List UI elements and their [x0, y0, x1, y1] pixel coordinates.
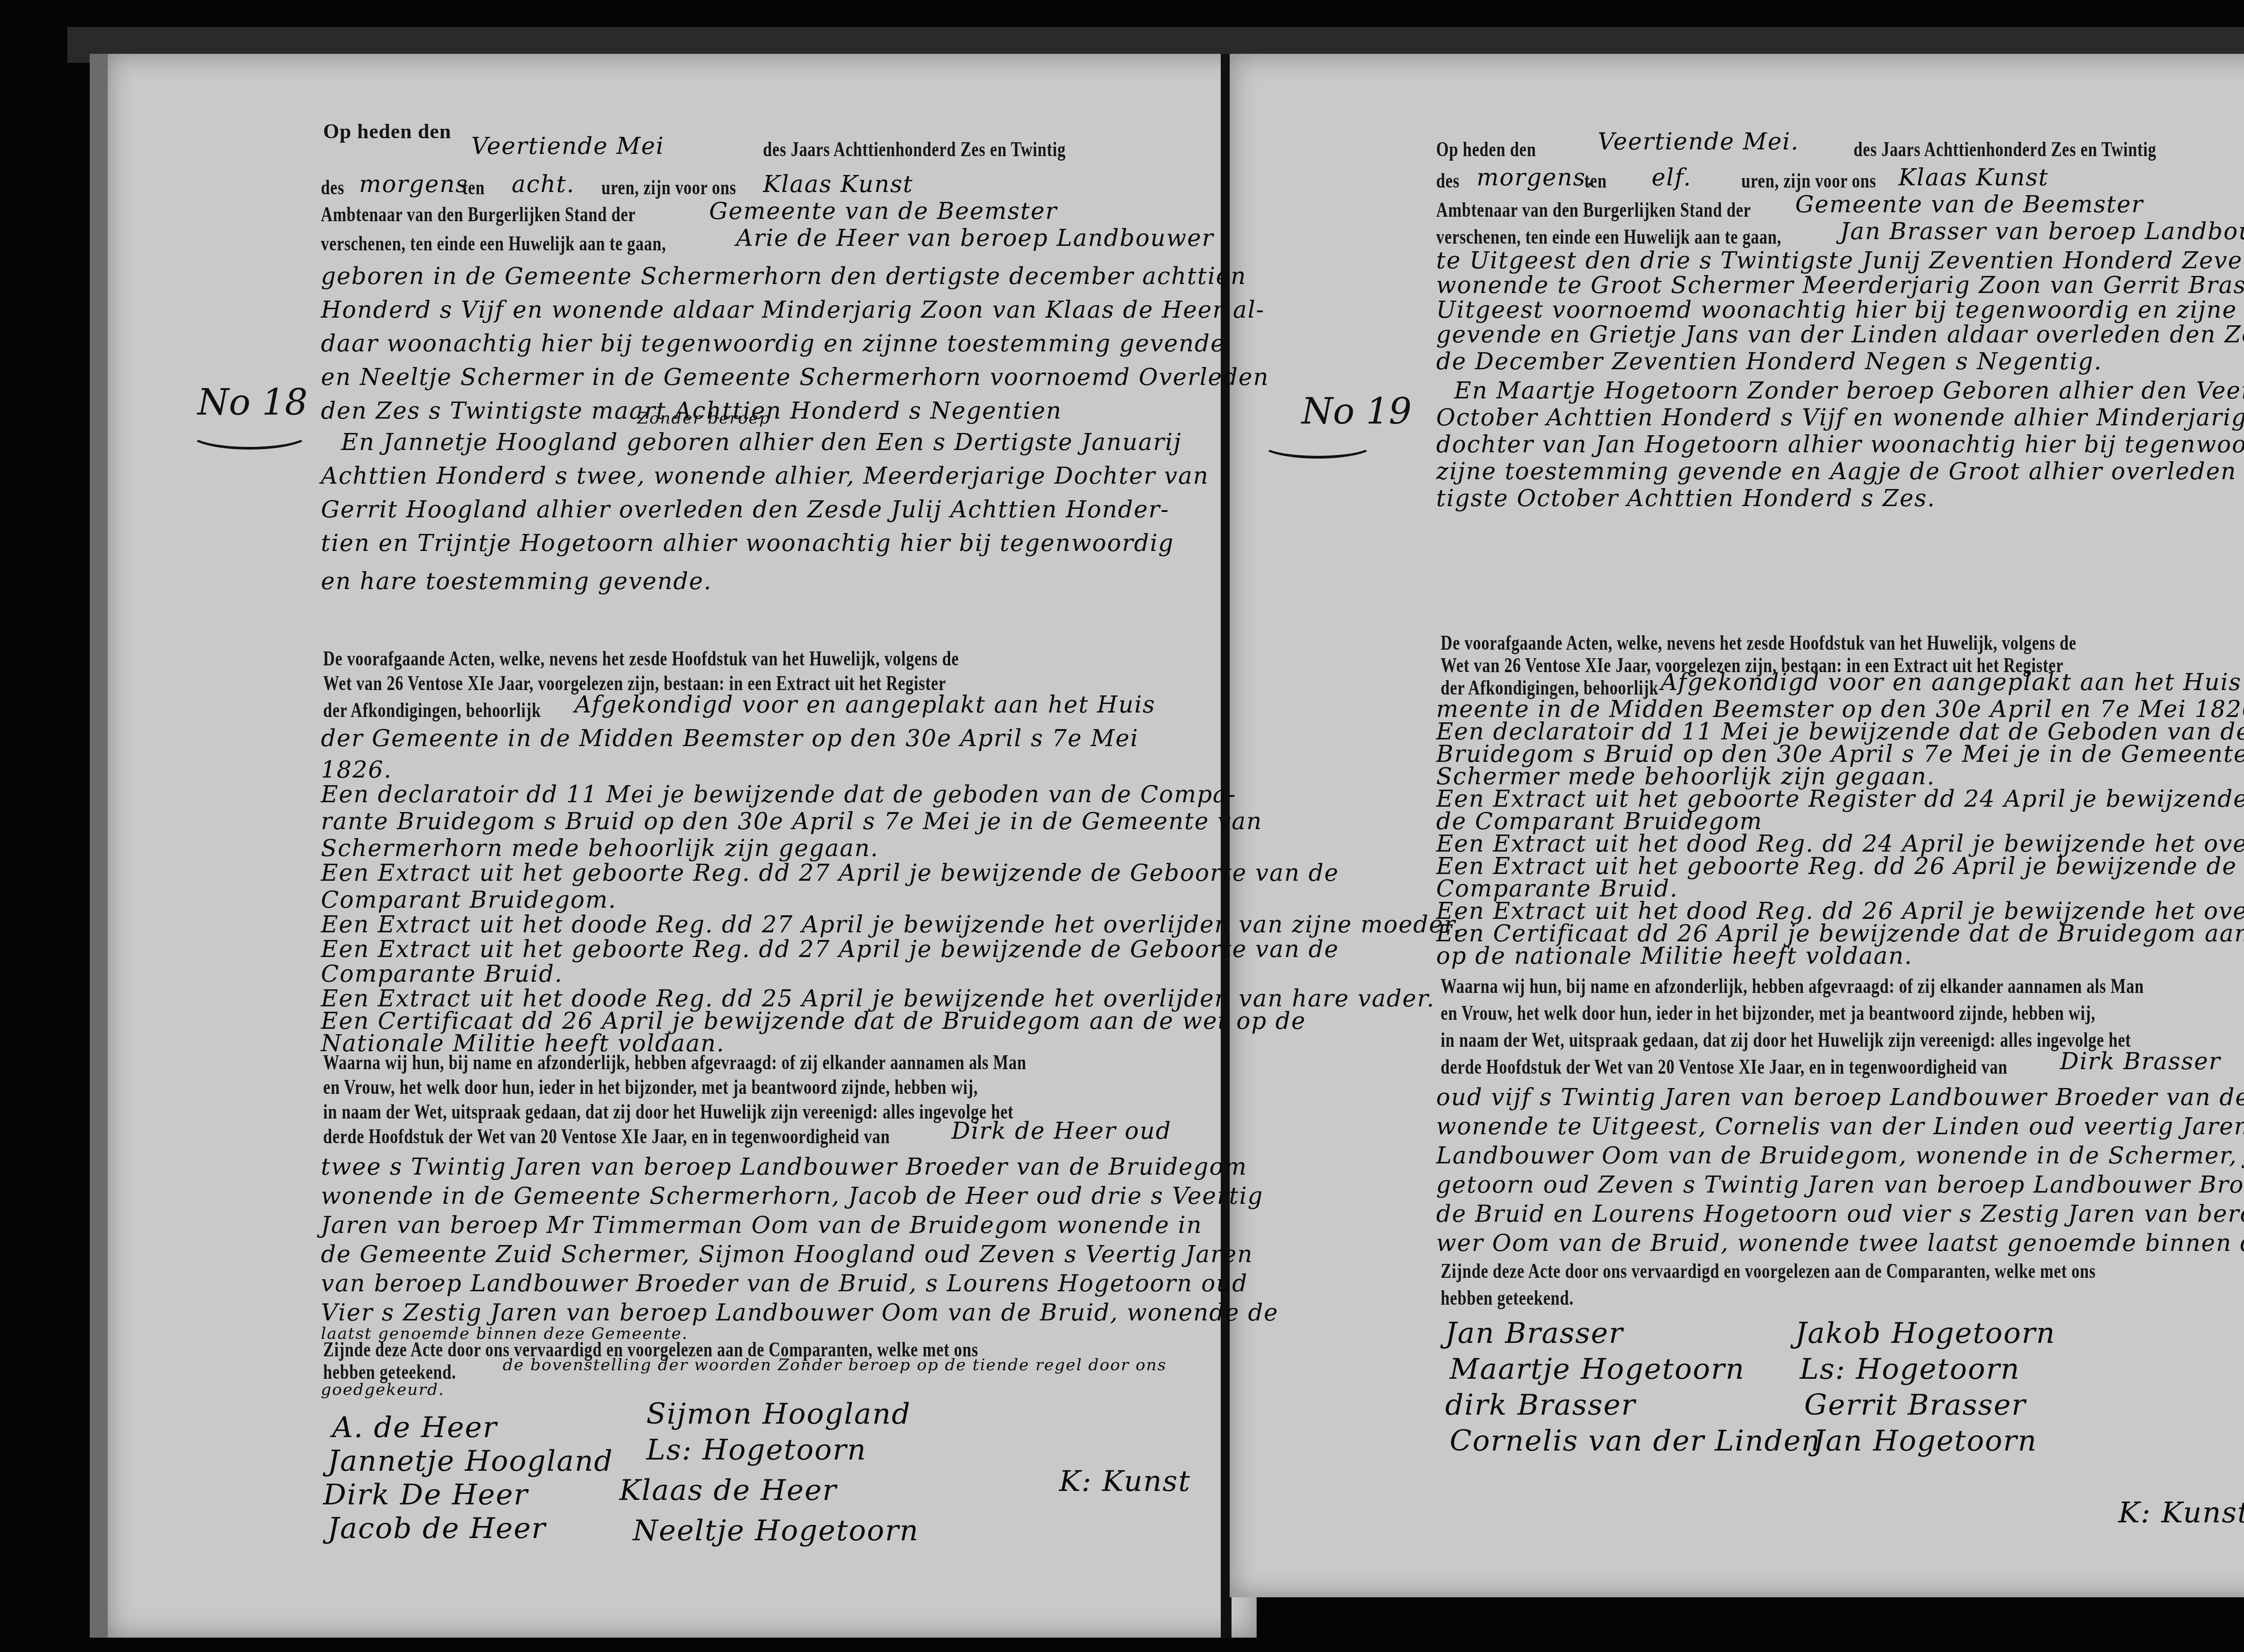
- printed-des: des: [1436, 170, 1459, 191]
- signature: Jakob Hogetoorn: [1795, 1319, 2056, 1348]
- act-date-hand: Veertiende Mei.: [1598, 130, 1799, 153]
- acten-hand: de Comparant Bruidegom: [1436, 810, 1762, 833]
- registrar-signature: K: Kunst: [1059, 1467, 1191, 1496]
- witness-line: getoorn oud Zeven s Twintig Jaren van be…: [1436, 1173, 2244, 1197]
- printed-acten-2: Wet van 26 Ventose XIe Jaar, voorgelezen…: [323, 673, 946, 694]
- signature: Neeltje Hogetoorn: [633, 1517, 919, 1545]
- witness-start-hand: Dirk Brasser: [2060, 1050, 2221, 1073]
- body-line: Honderd s Vijf en wonende aldaar Minderj…: [321, 298, 1265, 322]
- body-line: Gerrit Hoogland alhier overleden den Zes…: [321, 498, 1170, 521]
- printed-des: des: [321, 177, 344, 198]
- body-line: en Neeltje Schermer in de Gemeente Scher…: [321, 366, 1269, 389]
- time-of-day-hand: morgens: [359, 173, 469, 196]
- acten-hand: meente in de Midden Beemster op den 30e …: [1436, 698, 2244, 721]
- groom-hand: Jan Brasser van beroep Landbouwer gebore: [1840, 220, 2244, 243]
- hour-hand: elf.: [1652, 166, 1692, 189]
- acten-hand: Comparante Bruid.: [321, 962, 563, 986]
- printed-acten-1: De voorafgaande Acten, welke, nevens het…: [323, 648, 959, 669]
- time-of-day-hand: morgens.: [1477, 166, 1594, 189]
- printed-op-heden: Op heden den: [1436, 139, 1536, 160]
- printed-hebben: hebben geteekend.: [1441, 1288, 1573, 1308]
- printed-ambtenaar: Ambtenaar van den Burgerlijken Stand der: [321, 204, 636, 225]
- official-name-hand: Klaas Kunst: [1898, 166, 2049, 189]
- body-line: tigste October Achttien Honderd s Zes.: [1436, 487, 1936, 510]
- signature: Sijmon Hoogland: [646, 1400, 911, 1429]
- body-line: zijne toestemming gevende en Aagje de Gr…: [1436, 460, 2244, 483]
- printed-verschenen: verschenen, ten einde een Huwelijk aan t…: [1436, 227, 1781, 247]
- printed-acten-3: der Afkondigingen, behoorlijk: [323, 700, 541, 721]
- acten-hand: Schermerhorn mede behoorlijk zijn gegaan…: [321, 837, 879, 860]
- signature: Gerrit Brasser: [1804, 1391, 2026, 1420]
- signature: Klaas de Heer: [619, 1476, 837, 1505]
- acten-hand: Een Extract uit het geboorte Reg. dd 27 …: [321, 861, 1339, 885]
- acten-hand: Een Extract uit het geboorte Reg. dd 27 …: [321, 938, 1339, 961]
- printed-des-jaars: des Jaars Achttienhonderd Zes en Twintig: [763, 139, 1066, 160]
- body-line: geboren in de Gemeente Schermerhorn den …: [321, 265, 1247, 288]
- body-line: de December Zeventien Honderd Negen s Ne…: [1436, 350, 2102, 373]
- witness-line: van beroep Landbouwer Broeder van de Bru…: [321, 1272, 1248, 1295]
- flourish-decoration: [188, 417, 311, 450]
- postscript-hand: goedgekeurd.: [321, 1382, 444, 1398]
- acten-hand: der Gemeente in de Midden Beemster op de…: [321, 727, 1139, 750]
- signature: Ls: Hogetoorn: [646, 1436, 867, 1464]
- body-line: En Maartje Hogetoorn Zonder beroep Gebor…: [1454, 379, 2244, 402]
- body-line: en hare toestemming gevende.: [321, 570, 712, 593]
- witness-line: wer Oom van de Bruid, wonende twee laats…: [1436, 1232, 2244, 1255]
- opening-line-1: Op heden den: [323, 121, 451, 142]
- act-date-hand: Veertiende Mei: [471, 135, 664, 158]
- hour-hand: acht.: [512, 173, 575, 196]
- acten-hand: op de nationale Militie heeft voldaan.: [1436, 944, 1913, 968]
- acten-hand: Een Certificaat dd 26 April je bewijzend…: [1436, 922, 2244, 945]
- signature: Dirk De Heer: [323, 1481, 528, 1509]
- body-line: gevende en Grietje Jans van der Linden a…: [1436, 323, 2244, 346]
- acten-hand: 1826.: [321, 758, 392, 782]
- acten-hand: Een Extract uit het doode Reg. dd 25 Apr…: [321, 987, 1435, 1010]
- acten-hand: Comparant Bruidegom.: [321, 888, 617, 912]
- acten-hand: Een Extract uit het geboorte Reg. dd 26 …: [1436, 855, 2244, 878]
- body-line: Achttien Honderd s twee, wonende alhier,…: [321, 464, 1209, 488]
- acten-hand: Schermer mede behoorlijk zijn gegaan.: [1436, 765, 1935, 788]
- printed-acten-3: der Afkondigingen, behoorlijk: [1441, 677, 1659, 698]
- acten-hand: Bruidegom s Bruid op den 30e April s 7e …: [1436, 743, 2244, 766]
- witness-line: wonende te Uitgeest, Cornelis van der Li…: [1436, 1115, 2244, 1138]
- witness-line: Vier s Zestig Jaren van beroep Landbouwe…: [321, 1301, 1279, 1324]
- printed-waarna-2: en Vrouw, het welk door hun, ieder in he…: [323, 1077, 978, 1097]
- municipality-hand: Gemeente van de Beemster: [709, 200, 1057, 223]
- printed-waarna-3: in naam der Wet, uitspraak gedaan, dat z…: [1441, 1030, 2131, 1050]
- municipality-hand: Gemeente van de Beemster: [1795, 193, 2143, 216]
- printed-op-heden: Op heden den: [323, 120, 451, 143]
- signature: Jacob de Heer: [328, 1514, 546, 1543]
- body-line: daar woonachtig hier bij tegenwoordig en…: [321, 332, 1225, 355]
- registrar-signature: K: Kunst: [2118, 1499, 2244, 1527]
- signature: A. de Heer: [332, 1413, 497, 1442]
- acten-hand: Een Certificaat dd 26 April je bewijzend…: [321, 1010, 1306, 1033]
- acten-hand: Een Extract uit het geboorte Register dd…: [1436, 787, 2244, 811]
- printed-verschenen: verschenen, ten einde een Huwelijk aan t…: [321, 233, 666, 254]
- acten-hand: Comparante Bruid.: [1436, 877, 1678, 900]
- printed-waarna-3: in naam der Wet, uitspraak gedaan, dat z…: [323, 1101, 1013, 1122]
- signature: dirk Brasser: [1445, 1391, 1636, 1420]
- witness-line: oud vijf s Twintig Jaren van beroep Land…: [1436, 1086, 2244, 1109]
- acten-hand: rante Bruidegom s Bruid op den 30e April…: [321, 810, 1262, 833]
- acten-hand: Een Extract uit het doode Reg. dd 27 Apr…: [321, 913, 1462, 936]
- printed-waarna-4: derde Hoofdstuk der Wet van 20 Ventose X…: [1441, 1057, 2007, 1077]
- printed-ten: ten: [462, 177, 485, 198]
- printed-ambtenaar: Ambtenaar van den Burgerlijken Stand der: [1436, 200, 1751, 220]
- body-line: wonende te Groot Schermer Meerderjarig Z…: [1436, 274, 2244, 297]
- body-line: tien en Trijntje Hogetoorn alhier woonac…: [321, 532, 1174, 555]
- printed-waarna-2: en Vrouw, het welk door hun, ieder in he…: [1441, 1003, 2095, 1023]
- acten-hand: Een Extract uit het dood Reg. dd 24 Apri…: [1436, 832, 2244, 856]
- printed-ten: ten: [1584, 170, 1607, 191]
- act-number-margin: No 19: [1302, 390, 1411, 432]
- signature: Jan Brasser: [1445, 1319, 1623, 1348]
- acten-hand: Afgekondigd voor en aangeplakt aan het H…: [1661, 671, 2244, 694]
- signature: Cornelis van der Linden: [1450, 1427, 1821, 1455]
- witness-line: Landbouwer Oom van de Bruidegom, wonende…: [1436, 1144, 2244, 1167]
- witness-line: de Gemeente Zuid Schermer, Sijmon Hoogla…: [321, 1243, 1253, 1266]
- acten-hand: Een Extract uit het dood Reg. dd 26 Apri…: [1436, 900, 2244, 923]
- printed-hebben: hebben geteekend.: [323, 1362, 456, 1382]
- witness-line: twee s Twintig Jaren van beroep Landbouw…: [321, 1155, 1247, 1179]
- body-line: Uitgeest voornoemd woonachtig hier bij t…: [1436, 298, 2244, 322]
- body-line: dochter van Jan Hogetoorn alhier woonach…: [1436, 433, 2244, 456]
- signature: Jannetje Hoogland: [328, 1447, 614, 1476]
- printed-acten-1: De voorafgaande Acten, welke, nevens het…: [1441, 633, 2077, 653]
- witness-line: wonende in de Gemeente Schermerhorn, Jac…: [321, 1184, 1263, 1208]
- witness-start-hand: Dirk de Heer oud: [951, 1119, 1171, 1143]
- printed-waarna-4: derde Hoofdstuk der Wet van 20 Ventose X…: [323, 1126, 890, 1147]
- postscript-hand: de bovenstelling der woorden Zonder bero…: [503, 1357, 1166, 1373]
- flourish-decoration: [1261, 431, 1374, 459]
- printed-zijnde: Zijnde deze Acte door ons vervaardigd en…: [1441, 1261, 2096, 1281]
- witness-line: de Bruid en Lourens Hogetoorn oud vier s…: [1436, 1202, 2244, 1226]
- printed-des-jaars: des Jaars Achttienhonderd Zes en Twintig: [1854, 139, 2156, 160]
- signature: Maartje Hogetoorn: [1450, 1355, 1745, 1384]
- witness-line: Jaren van beroep Mr Timmerman Oom van de…: [321, 1214, 1202, 1237]
- signature: Jan Hogetoorn: [1813, 1427, 2037, 1455]
- signature: Ls: Hogetoorn: [1800, 1355, 2020, 1384]
- printed-waarna-1: Waarna wij hun, bij name en afzonderlijk…: [323, 1052, 1026, 1073]
- printed-waarna-1: Waarna wij hun, bij name en afzonderlijk…: [1441, 976, 2144, 996]
- printed-uren: uren, zijn voor ons: [1741, 170, 1876, 191]
- body-line: En Jannetje Hoogland geboren alhier den …: [341, 431, 1182, 454]
- interlinear-insertion: Zonder beroep: [637, 411, 770, 427]
- acten-hand: Een declaratoir dd 11 Mei je bewijzende …: [1436, 720, 2244, 743]
- acten-hand: Een declaratoir dd 11 Mei je bewijzende …: [321, 783, 1236, 806]
- printed-uren: uren, zijn voor ons: [601, 177, 736, 198]
- official-name-hand: Klaas Kunst: [763, 173, 913, 196]
- groom-hand: Arie de Heer van beroep Landbouwer: [736, 227, 1214, 250]
- acten-hand: Afgekondigd voor en aangeplakt aan het H…: [574, 693, 1156, 717]
- body-line: te Uitgeest den drie s Twintigste Junij …: [1436, 249, 2244, 272]
- body-line: October Achttien Honderd s Vijf en wonen…: [1436, 406, 2244, 429]
